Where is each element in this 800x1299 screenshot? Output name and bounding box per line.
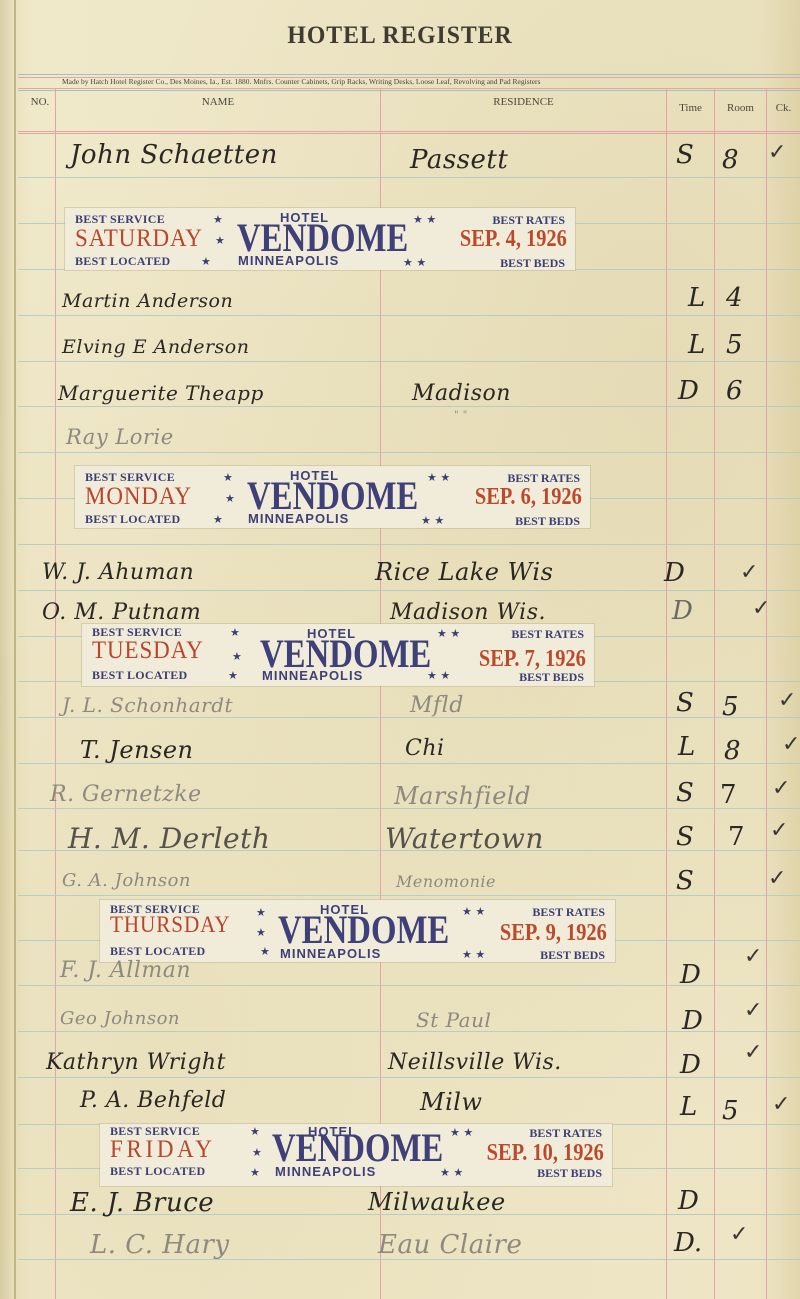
page-fold [14,0,16,1299]
stamp-city: MINNEAPOLIS [280,946,381,961]
stars-icon: ★ ★ [462,948,485,961]
room-number: 5 [722,692,739,722]
check-mark-icon: ✓ [752,596,770,621]
star-icon: ★ [250,1166,260,1179]
stars-icon: ★ ★ [450,1126,473,1139]
stamp-best-rates: BEST RATES [532,905,605,920]
guest-residence: Menomonie [396,872,496,891]
header-ck: Ck. [767,102,800,114]
guest-name: O. M. Putnam [42,600,201,625]
stamp-date: SEP. 10, 1926 [487,1140,604,1167]
stars-icon: ★ ★ [413,213,436,226]
guest-residence: Watertown [385,822,544,855]
star-icon: ★ [260,945,270,958]
guest-name: T. Jensen [80,736,194,764]
time-mark: L [688,330,705,360]
stamp-date: SEP. 9, 1926 [500,920,607,947]
stamp-city: MINNEAPOLIS [262,668,363,683]
check-mark-icon: ✓ [782,732,800,757]
stamp-city: MINNEAPOLIS [248,511,349,526]
check-mark-icon: ✓ [768,140,786,165]
stars-icon: ★ ★ [421,514,444,527]
time-mark: D. [674,1228,702,1258]
stamp-date: SEP. 4, 1926 [460,226,567,253]
time-mark: D [678,376,699,406]
stamp-day: MONDAY [85,483,192,511]
stamp-best-beds: BEST BEDS [500,256,565,271]
guest-name: J. L. Schonhardt [62,693,233,717]
check-mark-icon: ✓ [730,1222,748,1247]
stamp-best-beds: BEST BEDS [515,514,580,529]
check-mark-icon: ✓ [744,998,762,1023]
guest-residence: Mfld [410,693,464,718]
time-mark: S [676,866,694,896]
time-mark: S [676,778,694,808]
star-icon: ★ [256,906,266,919]
time-mark: L [688,283,705,313]
hotel-date-stamp: BEST SERVICE ★ SATURDAY ★ BEST LOCATED ★… [65,208,575,270]
room-number: 6 [726,376,743,406]
stamp-day: TUESDAY [92,637,204,665]
stars-icon: ★ ★ [403,256,426,269]
stamp-best-beds: BEST BEDS [537,1166,602,1181]
check-mark-icon: ✓ [772,1092,790,1117]
rule [18,90,800,91]
stamp-best-located: BEST LOCATED [110,1164,206,1179]
page-title: HOTEL REGISTER [20,22,780,50]
header-name: NAME [56,96,380,108]
maker-line: Made by Hatch Hotel Register Co., Des Mo… [62,77,540,86]
header-bottom-rule [18,131,800,132]
guest-name: L. C. Hary [90,1230,230,1260]
guest-name: H. M. Derleth [68,822,270,855]
room-number: 8 [722,145,739,175]
guest-name: Geo Johnson [60,1008,180,1029]
time-mark: D [672,596,693,626]
stamp-date: SEP. 7, 1926 [479,646,586,673]
guest-name: R. Gernetzke [50,782,202,807]
stars-icon: ★ ★ [427,471,450,484]
stamp-hotel-name: VENDOME [237,218,408,258]
time-mark: S [676,822,694,852]
stamp-day: SATURDAY [75,225,203,253]
room-number: 7 [720,780,737,810]
rule [18,74,800,75]
hotel-date-stamp: BEST SERVICE ★ FRIDAY ★ BEST LOCATED ★ H… [100,1124,612,1186]
time-mark: D [664,558,685,588]
time-mark: D [680,960,701,990]
stars-icon: ★ ★ [462,905,485,918]
guest-name: P. A. Behfeld [80,1088,226,1113]
star-icon: ★ [250,1125,260,1138]
stamp-best-located: BEST LOCATED [75,254,171,269]
room-number: 7 [728,822,745,852]
star-icon: ★ [223,471,233,484]
stamp-best-located: BEST LOCATED [92,668,188,683]
hotel-date-stamp: BEST SERVICE ★ TUESDAY ★ BEST LOCATED ★ … [82,624,594,686]
star-icon: ★ [201,255,211,268]
check-mark-icon: ✓ [772,776,790,801]
check-mark-icon: ✓ [740,560,758,585]
guest-residence: " " [454,410,468,421]
stamp-best-beds: BEST BEDS [519,670,584,685]
stamp-hotel-name: VENDOME [278,910,449,950]
stars-icon: ★ ★ [440,1166,463,1179]
guest-name: John Schaetten [70,140,278,170]
guest-residence: Neillsville Wis. [388,1050,562,1075]
check-mark-icon: ✓ [744,944,762,969]
stamp-best-beds: BEST BEDS [540,948,605,963]
check-mark-icon: ✓ [768,866,786,891]
guest-name: Martin Anderson [62,290,233,312]
room-number: 4 [726,283,743,313]
check-mark-icon: ✓ [770,818,788,843]
guest-residence: Passett [410,145,508,175]
time-mark: D [680,1050,701,1080]
guest-residence: Eau Claire [378,1230,522,1260]
guest-residence: Madison [412,381,511,406]
guest-residence: Chi [405,736,445,761]
guest-name: Ray Lorie [66,425,174,449]
stars-icon: ★ ★ [437,627,460,640]
star-icon: ★ [232,650,242,663]
time-mark: D [682,1006,703,1036]
header-no: NO. [24,96,56,108]
guest-residence: St Paul [416,1008,491,1032]
guest-residence: Marshfield [394,782,531,810]
star-icon: ★ [215,234,225,247]
guest-residence: Milw [420,1088,482,1116]
check-mark-icon: ✓ [778,688,796,713]
room-number: 5 [722,1096,739,1126]
star-icon: ★ [225,492,235,505]
stamp-best-located: BEST LOCATED [85,512,181,527]
time-mark: L [680,1092,697,1122]
star-icon: ★ [256,926,266,939]
star-icon: ★ [228,669,238,682]
header-time: Time [667,102,714,114]
stamp-day: FRIDAY [110,1136,216,1164]
star-icon: ★ [213,213,223,226]
time-mark: S [676,140,694,170]
time-mark: D [678,1186,699,1216]
guest-name: Elving E Anderson [62,336,249,358]
stars-icon: ★ ★ [427,669,450,682]
stamp-best-located: BEST LOCATED [110,944,206,959]
stamp-city: MINNEAPOLIS [238,253,339,268]
stamp-best-rates: BEST RATES [511,627,584,642]
header-room: Room [715,102,766,114]
rule [18,88,800,89]
guest-name: F. J. Allman [60,958,191,983]
star-icon: ★ [230,626,240,639]
guest-residence: Milwaukee [368,1188,506,1216]
star-icon: ★ [252,1146,262,1159]
room-number: 8 [724,736,741,766]
time-mark: L [678,732,695,762]
guest-name: Kathryn Wright [46,1050,226,1075]
header-bottom-rule [18,133,800,134]
room-number: 5 [726,330,743,360]
guest-name: G. A. Johnson [62,870,191,891]
stamp-date: SEP. 6, 1926 [475,484,582,511]
guest-residence: Rice Lake Wis [375,558,553,586]
stamp-city: MINNEAPOLIS [275,1164,376,1179]
guest-residence: Madison Wis. [390,600,546,625]
check-mark-icon: ✓ [744,1040,762,1065]
guest-name: E. J. Bruce [70,1188,214,1218]
stamp-hotel-name: VENDOME [272,1128,443,1168]
time-mark: S [676,688,694,718]
guest-name: W. J. Ahuman [42,560,194,585]
hotel-date-stamp: BEST SERVICE ★ MONDAY ★ BEST LOCATED ★ H… [75,466,590,528]
stamp-day: THURSDAY [110,912,231,938]
header-residence: RESIDENCE [381,96,666,108]
hotel-date-stamp: BEST SERVICE ★ THURSDAY ★ BEST LOCATED ★… [100,900,615,962]
guest-name: Marguerite Theapp [58,381,264,405]
stamp-hotel-name: VENDOME [247,476,418,516]
stamp-best-rates: BEST RATES [529,1126,602,1141]
star-icon: ★ [213,513,223,526]
